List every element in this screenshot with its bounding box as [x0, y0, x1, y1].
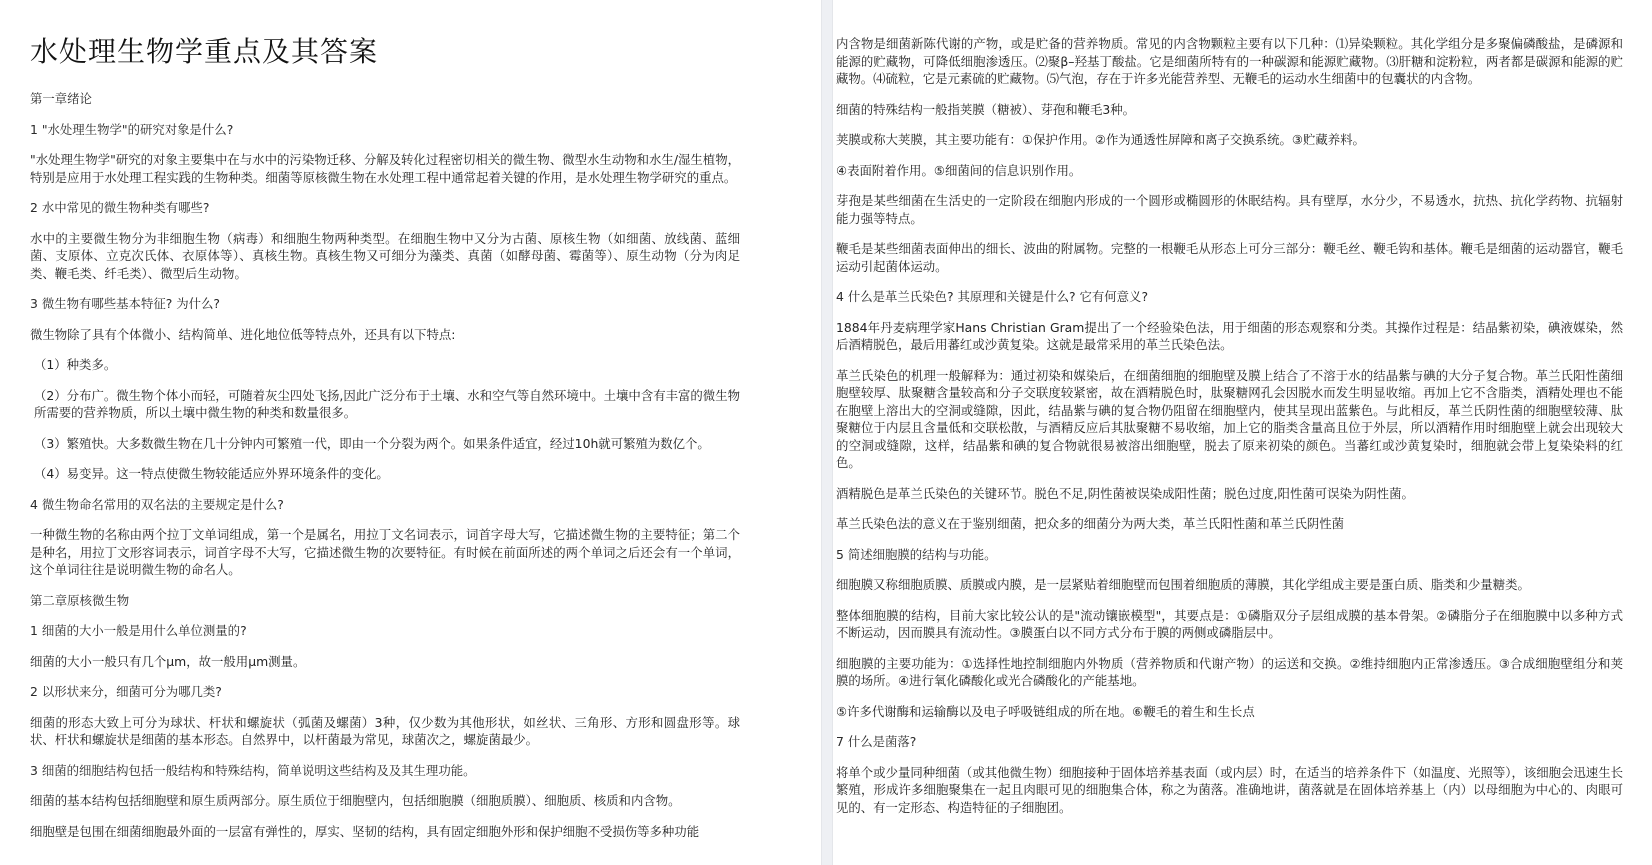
document-page-right: 内含物是细菌新陈代谢的产物，或是贮备的营养物质。常见的内含物颗粒主要有以下几种：…: [833, 0, 1652, 865]
question-heading: 7 什么是菌落?: [836, 733, 1623, 751]
chapter-heading: 第二章原核微生物: [30, 592, 740, 610]
answer-paragraph: 细菌的大小一般只有几个μm，故一般用μm测量。: [30, 653, 740, 671]
answer-paragraph: 革兰氏染色法的意义在于鉴别细菌，把众多的细菌分为两大类，革兰氏阳性菌和革兰氏阴性…: [836, 515, 1623, 533]
page-content-left: 水处理生物学重点及其答案 第一章绪论 1 "水处理生物学"的研究对象是什么? "…: [30, 34, 740, 853]
question-heading: 1 "水处理生物学"的研究对象是什么?: [30, 121, 740, 139]
answer-paragraph: 细菌的形态大致上可分为球状、杆状和螺旋状（弧菌及螺菌）3种，仅少数为其他形状，如…: [30, 714, 740, 749]
answer-paragraph: 细胞壁是包围在细菌细胞最外面的一层富有弹性的，厚实、坚韧的结构，具有固定细胞外形…: [30, 823, 740, 841]
list-item: （3）繁殖快。大多数微生物在几十分钟内可繁殖一代，即由一个分裂为两个。如果条件适…: [30, 435, 740, 453]
question-heading: 3 细菌的细胞结构包括一般结构和特殊结构，简单说明这些结构及及其生理功能。: [30, 762, 740, 780]
list-item: （4）易变异。这一特点使微生物较能适应外界环境条件的变化。: [30, 465, 740, 483]
answer-paragraph: 酒精脱色是革兰氏染色的关键环节。脱色不足,阴性菌被误染成阳性菌；脱色过度,阳性菌…: [836, 485, 1623, 503]
answer-paragraph: 细胞膜又称细胞质膜、质膜或内膜，是一层紧贴着细胞壁而包围着细胞质的薄膜，其化学组…: [836, 576, 1623, 594]
answer-paragraph: 1884年丹麦病理学家Hans Christian Gram提出了一个经验染色法…: [836, 319, 1623, 354]
page-separator: [821, 0, 833, 865]
answer-paragraph: 细菌的特殊结构一般指荚膜（糖被）、芽孢和鞭毛3种。: [836, 101, 1623, 119]
answer-paragraph: 鞭毛是某些细菌表面伸出的细长、波曲的附属物。完整的一根鞭毛从形态上可分三部分：鞭…: [836, 240, 1623, 275]
answer-paragraph: 细菌的基本结构包括细胞壁和原生质两部分。原生质位于细胞壁内，包括细胞膜（细胞质膜…: [30, 792, 740, 810]
answer-paragraph: 水中的主要微生物分为非细胞生物（病毒）和细胞生物两种类型。在细胞生物中又分为古菌…: [30, 230, 740, 283]
answer-paragraph: ⑤许多代谢酶和运输酶以及电子呼吸链组成的所在地。⑥鞭毛的着生和生长点: [836, 703, 1623, 721]
answer-paragraph: 革兰氏染色的机理一般解释为：通过初染和媒染后，在细菌细胞的细胞壁及膜上结合了不溶…: [836, 367, 1623, 472]
question-heading: 4 微生物命名常用的双名法的主要规定是什么?: [30, 496, 740, 514]
answer-paragraph: 整体细胞膜的结构，目前大家比较公认的是"流动镶嵌模型"，其要点是：①磷脂双分子层…: [836, 607, 1623, 642]
answer-paragraph: 微生物除了具有个体微小、结构简单、进化地位低等特点外，还具有以下特点:: [30, 326, 740, 344]
question-heading: 5 简述细胞膜的结构与功能。: [836, 546, 1623, 564]
answer-paragraph: "水处理生物学"研究的对象主要集中在与水中的污染物迁移、分解及转化过程密切相关的…: [30, 151, 740, 186]
document-page-left: 水处理生物学重点及其答案 第一章绪论 1 "水处理生物学"的研究对象是什么? "…: [0, 0, 821, 865]
answer-paragraph: 荚膜或称大荚膜，其主要功能有：①保护作用。②作为通透性屏障和离子交换系统。③贮藏…: [836, 131, 1623, 149]
question-heading: 2 以形状来分，细菌可分为哪几类?: [30, 683, 740, 701]
answer-paragraph: ④表面附着作用。⑤细菌间的信息识别作用。: [836, 162, 1623, 180]
answer-paragraph: 细胞膜的主要功能为：①选择性地控制细胞内外物质（营养物质和代谢产物）的运送和交换…: [836, 655, 1623, 690]
answer-paragraph: 将单个或少量同种细菌（或其他微生物）细胞接种于固体培养基表面（或内层）时，在适当…: [836, 764, 1623, 817]
document-title: 水处理生物学重点及其答案: [30, 34, 740, 70]
page-content-right: 内含物是细菌新陈代谢的产物，或是贮备的营养物质。常见的内含物颗粒主要有以下几种：…: [836, 35, 1623, 829]
answer-paragraph: 内含物是细菌新陈代谢的产物，或是贮备的营养物质。常见的内含物颗粒主要有以下几种：…: [836, 35, 1623, 88]
list-item: （1）种类多。: [30, 356, 740, 374]
chapter-heading: 第一章绪论: [30, 90, 740, 108]
question-heading: 3 微生物有哪些基本特征? 为什么?: [30, 295, 740, 313]
question-heading: 1 细菌的大小一般是用什么单位测量的?: [30, 622, 740, 640]
list-item: （2）分布广。微生物个体小而轻，可随着灰尘四处飞扬,因此广泛分布于土壤、水和空气…: [30, 387, 740, 422]
question-heading: 2 水中常见的微生物种类有哪些?: [30, 199, 740, 217]
question-heading: 4 什么是革兰氏染色? 其原理和关键是什么? 它有何意义?: [836, 288, 1623, 306]
answer-paragraph: 一种微生物的名称由两个拉丁文单词组成，第一个是属名，用拉丁文名词表示，词首字母大…: [30, 526, 740, 579]
answer-paragraph: 芽孢是某些细菌在生活史的一定阶段在细胞内形成的一个圆形或椭圆形的休眠结构。具有壁…: [836, 192, 1623, 227]
